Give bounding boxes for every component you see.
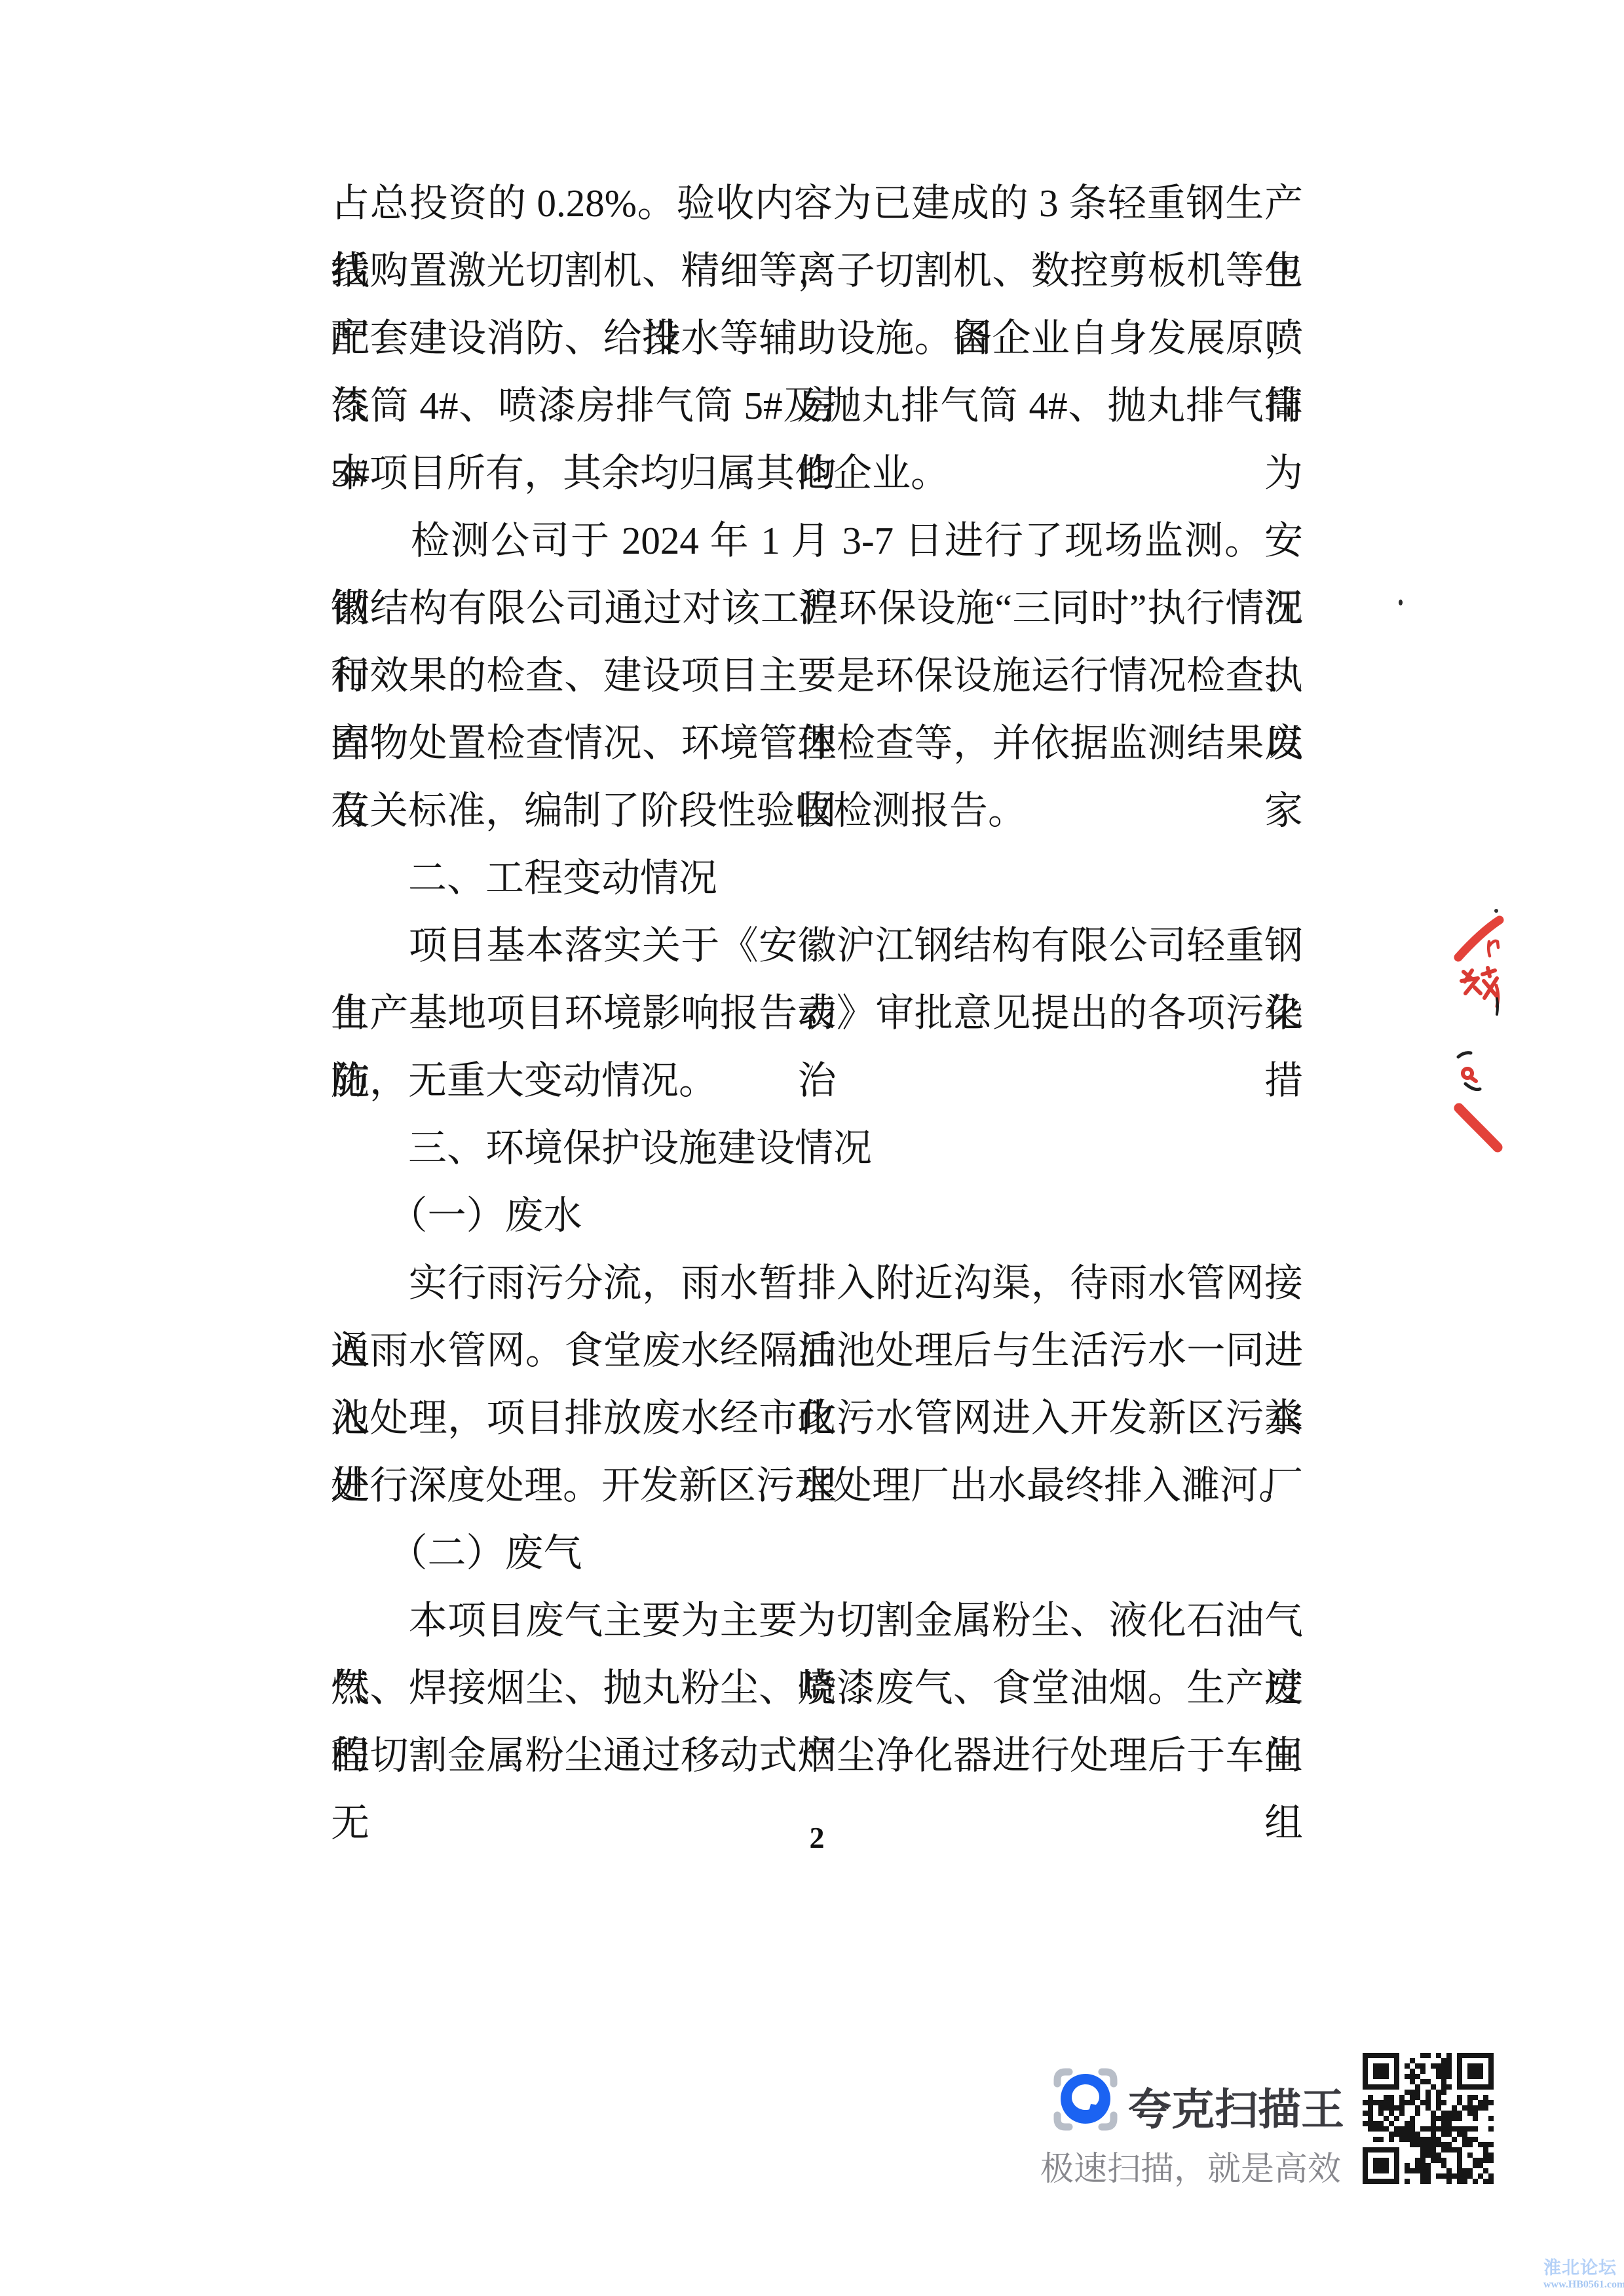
red-stamp-fragment-icon: [1448, 903, 1507, 1156]
qr-code-icon: [1361, 2053, 1495, 2184]
section-heading: 二、工程变动情况: [331, 845, 1303, 912]
text-line: 占总投资的 0.28%。验收内容为已建成的 3 条轻重钢生产线，包: [331, 170, 1303, 237]
text-line: 生产基地项目环境影响报告表》审批意见提出的各项污染防治措: [331, 980, 1303, 1047]
text-line: 弃物处置检查情况、环境管理检查等，并依据监测结果以及国家: [331, 710, 1303, 777]
text-line: 池处理，项目排放废水经市政污水管网进入开发新区污水处理厂: [331, 1385, 1303, 1452]
text-line: 检测公司于 2024 年 1 月 3-7 日进行了现场监测。安徽沪江: [331, 507, 1303, 575]
document-text-block: 占总投资的 0.28%。验收内容为已建成的 3 条轻重钢生产线，包 括购置激光切…: [331, 170, 1303, 1789]
page-number: 2: [331, 1820, 1303, 1855]
subsection-heading: （一）废水: [331, 1182, 1303, 1250]
text-line: 配套建设消防、给排水等辅助设施。因企业自身发展原喷漆房排: [331, 305, 1303, 372]
scanned-document-page: { "document": { "lines": [ "占总投资的 0.28%。…: [0, 0, 1624, 2296]
text-line: 进行深度处理。开发新区污水处理厂出水最终排入濉河。: [331, 1452, 1303, 1520]
quark-scanner-logo-icon: [1052, 2067, 1119, 2132]
forum-name: 淮北论坛: [1543, 2259, 1624, 2277]
text-line: 本项目废气主要为主要为切割金属粉尘、液化石油气燃烧废: [331, 1587, 1303, 1655]
brand-tagline: 极速扫描，就是高效: [1040, 2141, 1341, 2190]
text-line: 项目基本落实关于《安徽沪江钢结构有限公司轻重钢自动化: [331, 912, 1303, 980]
forum-url: www.HB0561.com: [1543, 2280, 1624, 2290]
text-line: 的切割金属粉尘通过移动式烟尘净化器进行处理后于车间无组: [331, 1722, 1303, 1789]
text-line: 钢结构有限公司通过对该工程环保设施“三同时”执行情况和执: [331, 575, 1303, 642]
text-line: 气、焊接烟尘、抛丸粉尘、喷漆废气、食堂油烟。生产过程产生: [331, 1655, 1303, 1722]
subsection-heading: （二）废气: [331, 1520, 1303, 1587]
brand-name: 夸克扫描王: [1128, 2075, 1344, 2137]
text-line: 气筒 4#、喷漆房排气筒 5#及抛丸排气筒 4#、抛丸排气筒 5#均为: [331, 372, 1303, 440]
scan-speck: [1399, 600, 1403, 605]
text-line: 行效果的检查、建设项目主要是环保设施运行情况检查、固体废: [331, 642, 1303, 710]
text-line: 括购置激光切割机、精细等离子切割机、数控剪板机等生产设备，: [331, 237, 1303, 305]
forum-watermark: 淮北论坛 www.HB0561.com: [1543, 2259, 1624, 2290]
text-line: 实行雨污分流，雨水暂排入附近沟渠，待雨水管网接通后进: [331, 1250, 1303, 1317]
section-heading: 三、环境保护设施建设情况: [331, 1115, 1303, 1182]
text-line: 入雨水管网。食堂废水经隔油池处理后与生活污水一同进入化粪: [331, 1317, 1303, 1385]
